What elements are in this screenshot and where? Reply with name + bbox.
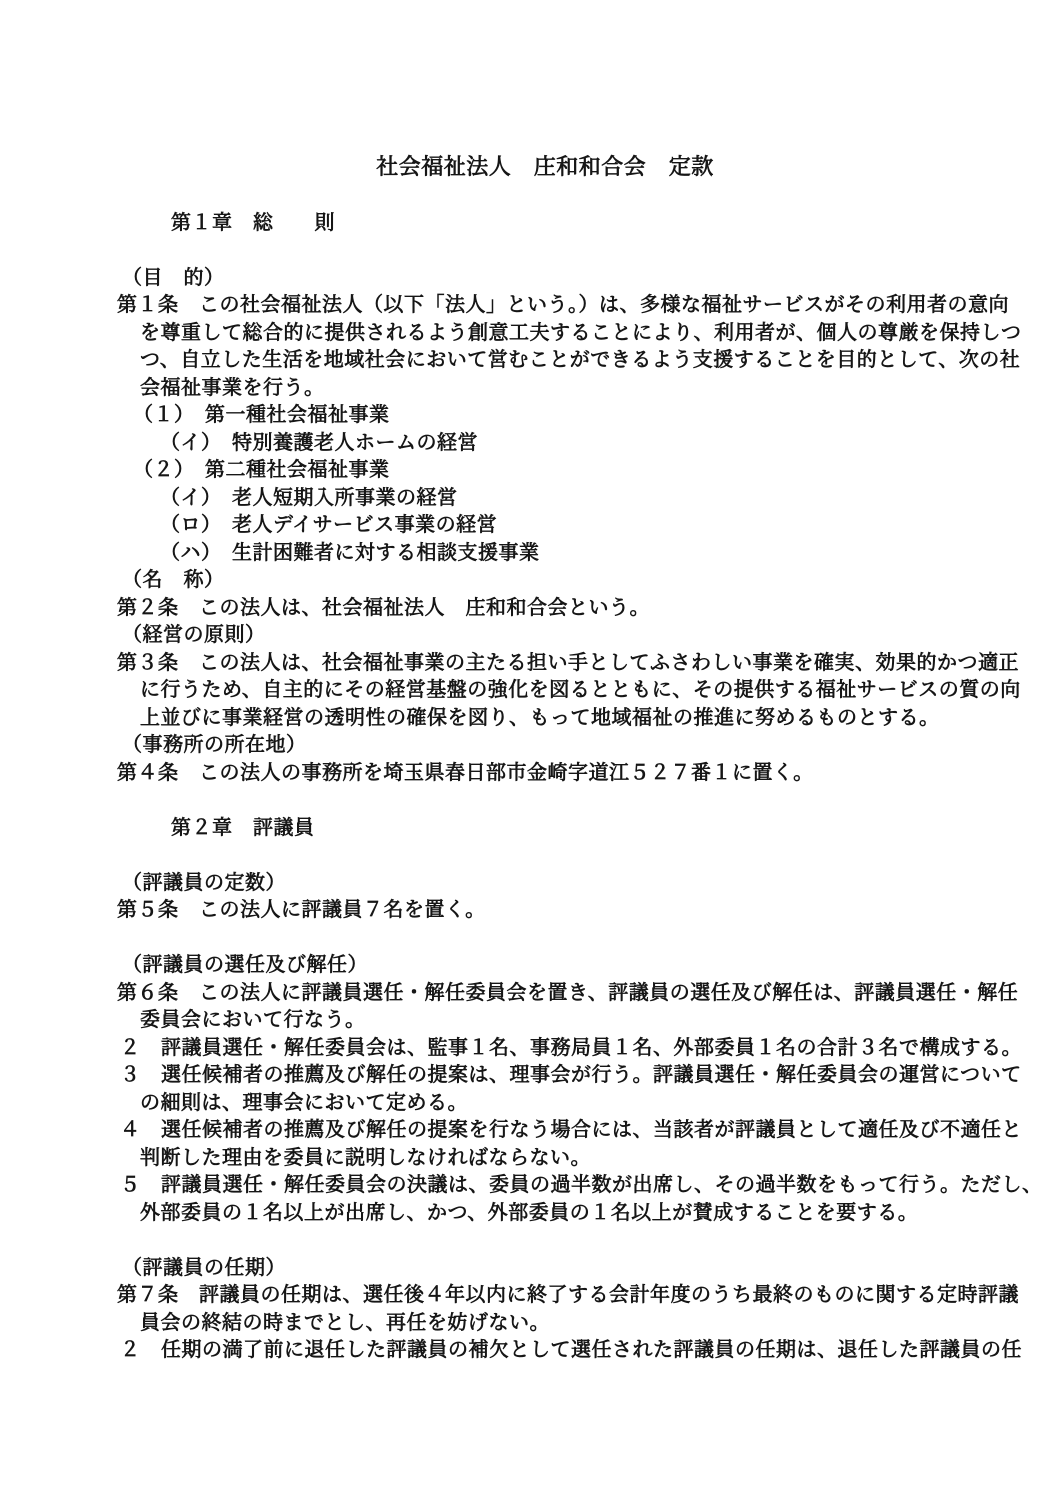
article-5-text: 第５条 この法人に評議員７名を置く。 xyxy=(117,897,1040,925)
article-6-text-cont: 委員会において行なう。 xyxy=(117,1007,1040,1035)
chapter-1-heading: 第１章 総 則 xyxy=(117,210,1040,238)
section-heading-management-principle: （経営の原則） xyxy=(117,622,1040,650)
article-6-paragraph-4-cont: 判断した理由を委員に説明しなければならない。 xyxy=(117,1145,1040,1173)
article-3-text-cont: に行うため、自主的にその経営基盤の強化を図るとともに、その提供する福祉サービスの… xyxy=(117,677,1040,705)
article-6-paragraph-3: ３ 選任候補者の推薦及び解任の提案は、理事会が行う。評議員選任・解任委員会の運営… xyxy=(117,1062,1040,1090)
blank-line xyxy=(117,182,1040,210)
document-page: 社会福祉法人 庄和和合会 定款 第１章 総 則 （目 的） 第１条 この社会福祉… xyxy=(0,0,1058,1497)
article-7-paragraph-2: ２ 任期の満了前に退任した評議員の補欠として選任された評議員の任期は、退任した評… xyxy=(117,1337,1040,1365)
article-6-paragraph-3-cont: の細則は、理事会において定める。 xyxy=(117,1090,1040,1118)
section-heading-name: （名 称） xyxy=(117,567,1040,595)
list-subitem: （ハ） 生計困難者に対する相談支援事業 xyxy=(117,540,1040,568)
blank-line xyxy=(117,237,1040,265)
list-subitem: （イ） 特別養護老人ホームの経営 xyxy=(117,430,1040,458)
section-heading-office-location: （事務所の所在地） xyxy=(117,732,1040,760)
article-3-text: 第３条 この法人は、社会福祉事業の主たる担い手としてふさわしい事業を確実、効果的… xyxy=(117,650,1040,678)
blank-line xyxy=(117,925,1040,953)
article-6-text: 第６条 この法人に評議員選任・解任委員会を置き、評議員の選任及び解任は、評議員選… xyxy=(117,980,1040,1008)
section-heading-councillor-count: （評議員の定数） xyxy=(117,870,1040,898)
article-6-paragraph-2: ２ 評議員選任・解任委員会は、監事１名、事務局員１名、外部委員１名の合計３名で構… xyxy=(117,1035,1040,1063)
article-6-paragraph-5: ５ 評議員選任・解任委員会の決議は、委員の過半数が出席し、その過半数をもって行う… xyxy=(117,1172,1040,1200)
blank-line xyxy=(117,842,1040,870)
chapter-2-heading: 第２章 評議員 xyxy=(117,815,1040,843)
section-heading-councillor-appointment: （評議員の選任及び解任） xyxy=(117,952,1040,980)
section-heading-councillor-term: （評議員の任期） xyxy=(117,1255,1040,1283)
article-2-text: 第２条 この法人は、社会福祉法人 庄和和合会という。 xyxy=(117,595,1040,623)
document-title: 社会福祉法人 庄和和合会 定款 xyxy=(50,152,1040,182)
list-item: （２） 第二種社会福祉事業 xyxy=(117,457,1040,485)
section-heading-purpose: （目 的） xyxy=(117,265,1040,293)
list-item: （１） 第一種社会福祉事業 xyxy=(117,402,1040,430)
article-4-text: 第４条 この法人の事務所を埼玉県春日部市金崎字道江５２７番１に置く。 xyxy=(117,760,1040,788)
article-1-text-cont: つ、自立した生活を地域社会において営むことができるよう支援することを目的として、… xyxy=(117,347,1040,375)
list-subitem: （ロ） 老人デイサービス事業の経営 xyxy=(117,512,1040,540)
article-7-text: 第７条 評議員の任期は、選任後４年以内に終了する会計年度のうち最終のものに関する… xyxy=(117,1282,1040,1310)
list-subitem: （イ） 老人短期入所事業の経営 xyxy=(117,485,1040,513)
article-6-paragraph-5-cont: 外部委員の１名以上が出席し、かつ、外部委員の１名以上が賛成することを要する。 xyxy=(117,1200,1040,1228)
blank-line xyxy=(117,787,1040,815)
article-3-text-cont: 上並びに事業経営の透明性の確保を図り、もって地域福祉の推進に努めるものとする。 xyxy=(117,705,1040,733)
article-6-paragraph-4: ４ 選任候補者の推薦及び解任の提案を行なう場合には、当該者が評議員として適任及び… xyxy=(117,1117,1040,1145)
article-1-text: 第１条 この社会福祉法人（以下「法人」という。）は、多様な福祉サービスがその利用… xyxy=(117,292,1040,320)
article-1-text-cont: 会福祉事業を行う。 xyxy=(117,375,1040,403)
article-7-text-cont: 員会の終結の時までとし、再任を妨げない。 xyxy=(117,1310,1040,1338)
article-1-text-cont: を尊重して総合的に提供されるよう創意工夫することにより、利用者が、個人の尊厳を保… xyxy=(117,320,1040,348)
blank-line xyxy=(117,1227,1040,1255)
